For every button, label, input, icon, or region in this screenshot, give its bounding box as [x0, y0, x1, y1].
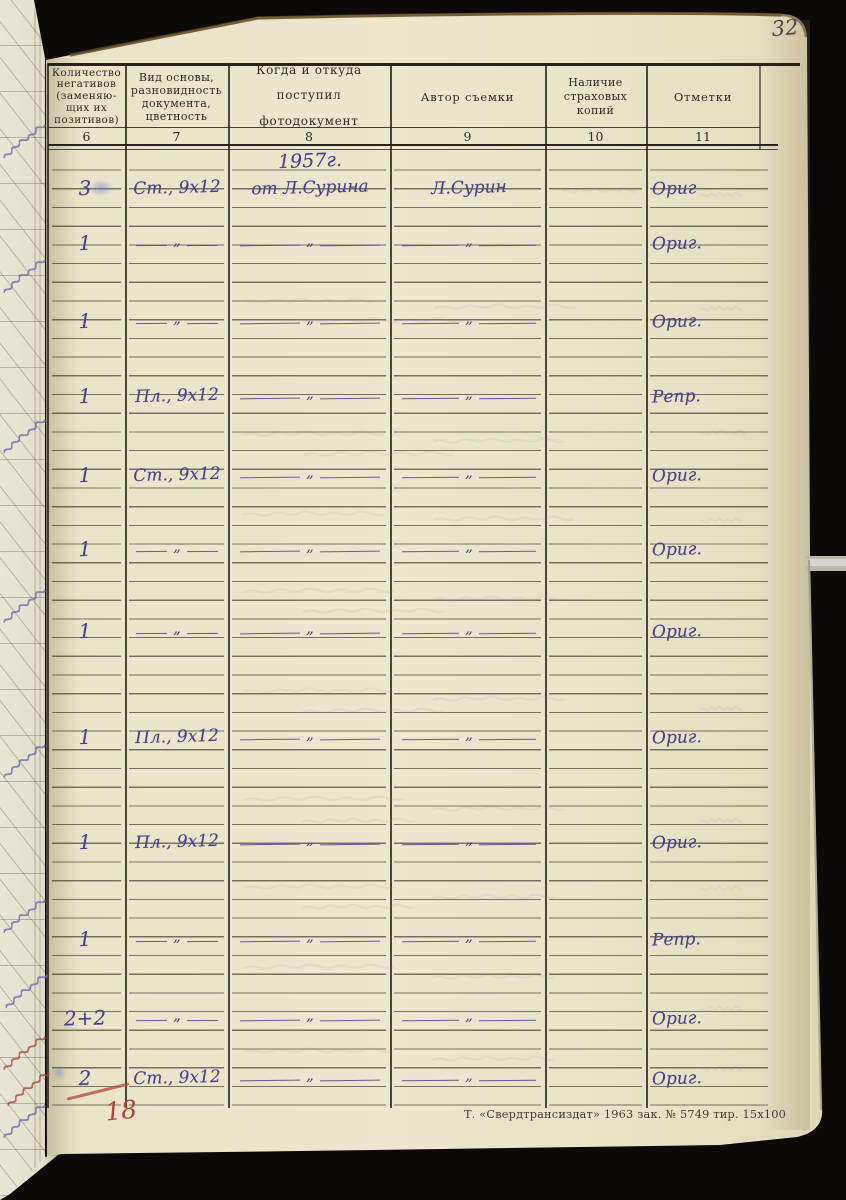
ditto-mark: „ — [234, 468, 386, 486]
bleedthrough-mark — [300, 702, 450, 714]
bleedthrough-mark — [240, 878, 400, 890]
ditto-mark: „ — [234, 835, 386, 853]
bleedthrough-mark — [700, 880, 744, 892]
bleedthrough-mark — [700, 700, 744, 712]
cell-notes: Ориг. — [652, 463, 764, 486]
bleedthrough-mark — [240, 958, 400, 970]
ditto-mark: „ — [396, 932, 542, 950]
column-number-9: 9 — [390, 129, 545, 144]
bleedthrough-mark — [430, 690, 570, 702]
cell-notes: Репр. — [652, 384, 764, 407]
bleedthrough-mark — [430, 590, 570, 602]
bleedthrough-mark — [430, 1050, 560, 1062]
bleedthrough-mark — [700, 812, 744, 824]
ditto-mark: „ — [396, 835, 542, 853]
bleedthrough-mark — [700, 424, 748, 436]
column-number-8: 8 — [228, 129, 390, 144]
ditto-mark: „ — [234, 624, 386, 642]
ditto-mark: „ — [234, 730, 386, 748]
bleedthrough-mark — [240, 425, 390, 437]
ditto-mark: „ — [396, 389, 542, 407]
ditto-mark: „ — [234, 932, 386, 950]
bleedthrough-mark — [430, 800, 570, 812]
cell-author: Л.Сурин — [396, 176, 542, 200]
bleedthrough-mark — [560, 182, 640, 194]
cell-notes: Ориг. — [652, 619, 764, 642]
ditto-mark: „ — [396, 730, 542, 748]
cell-quantity: 1 — [54, 308, 117, 334]
bleedthrough-mark — [240, 1042, 400, 1054]
ditto-mark: „ — [130, 236, 224, 254]
column-header-notes: Отметки — [646, 68, 760, 126]
cell-basis: Ст., 9х12 — [130, 1067, 224, 1089]
bleedthrough-mark — [240, 505, 390, 517]
cell-quantity: 1 — [54, 618, 117, 644]
cell-basis: Пл., 9х12 — [130, 726, 224, 748]
cell-quantity: 1 — [54, 724, 117, 750]
scanned-ledger-page-photo: Количество негативов (заменяю- щих их по… — [0, 0, 846, 1200]
ditto-mark: „ — [234, 542, 386, 560]
cell-quantity: 1 — [54, 462, 117, 488]
bleedthrough-mark — [700, 1060, 744, 1072]
ditto-mark: „ — [234, 389, 386, 407]
red-pencil-count: 18 — [95, 1093, 148, 1127]
bleedthrough-mark — [700, 1000, 744, 1012]
cell-basis: Пл., 9х12 — [130, 385, 224, 407]
ditto-mark: „ — [130, 314, 224, 332]
column-header-insurance: Наличие страховых копий — [545, 68, 646, 126]
bleedthrough-mark — [300, 602, 450, 614]
cell-quantity: 1 — [54, 383, 117, 409]
cell-quantity: 3 — [54, 175, 117, 201]
cell-basis: Ст., 9х12 — [130, 464, 224, 486]
printer-imprint: Т. «Свердтрансиздат» 1963 зак. № 5749 ти… — [440, 1108, 810, 1121]
ditto-mark: „ — [396, 236, 542, 254]
ditto-mark: „ — [234, 236, 386, 254]
cell-notes: Ориг. — [652, 830, 764, 853]
cell-quantity: 1 — [54, 230, 117, 256]
table-top-border — [48, 63, 800, 66]
column-number-10: 10 — [545, 129, 646, 144]
bleedthrough-mark — [430, 432, 570, 444]
cell-received: от Л.Сурина — [234, 176, 386, 200]
column-header-received: Когда и откуда поступил фотодокумент — [228, 66, 390, 126]
bleedthrough-mark — [300, 898, 420, 910]
bleedthrough-mark — [240, 582, 400, 594]
ditto-mark: „ — [130, 624, 224, 642]
cell-notes: Ориг. — [652, 725, 764, 748]
cell-notes: Ориг. — [652, 231, 764, 254]
cell-notes: Репр. — [652, 927, 764, 950]
bleedthrough-mark — [300, 812, 420, 824]
cell-quantity: 1 — [54, 926, 117, 952]
column-header-author: Автор съемки — [390, 68, 545, 126]
ditto-mark: „ — [396, 1011, 542, 1029]
bleedthrough-mark — [700, 300, 744, 312]
page-number: 32 — [761, 14, 809, 42]
column-number-7: 7 — [125, 129, 228, 144]
ditto-mark: „ — [130, 932, 224, 950]
bookmark-stripe — [806, 556, 846, 571]
bleedthrough-mark — [430, 510, 580, 522]
bleedthrough-mark — [240, 682, 400, 694]
bleedthrough-mark — [240, 790, 410, 802]
bleedthrough-mark — [430, 888, 560, 900]
cell-quantity: 1 — [54, 829, 117, 855]
ditto-mark: „ — [396, 624, 542, 642]
cell-quantity: 2+2 — [54, 1005, 117, 1031]
bleedthrough-mark — [700, 186, 744, 198]
cell-notes: Ориг. — [652, 537, 764, 560]
ditto-mark: „ — [130, 1011, 224, 1029]
ditto-mark: „ — [130, 542, 224, 560]
ditto-mark: „ — [234, 1071, 386, 1089]
ditto-mark: „ — [396, 468, 542, 486]
cell-basis: Пл., 9х12 — [130, 831, 224, 853]
year-heading: 1957г. — [250, 148, 371, 174]
cell-basis: Ст., 9х12 — [130, 177, 224, 199]
ditto-mark: „ — [396, 1071, 542, 1089]
ditto-mark: „ — [396, 542, 542, 560]
bleedthrough-mark — [300, 312, 470, 324]
column-header-qty: Количество негативов (заменяю- щих их по… — [48, 68, 125, 126]
bleedthrough-mark — [240, 292, 380, 304]
column-header-basis: Вид основы, разновидность документа, цве… — [125, 68, 228, 126]
cell-quantity: 1 — [54, 536, 117, 562]
bleedthrough-mark — [430, 968, 560, 980]
ditto-mark: „ — [234, 1011, 386, 1029]
column-number-11: 11 — [646, 129, 760, 144]
column-number-6: 6 — [48, 129, 125, 144]
bleedthrough-mark — [432, 298, 582, 310]
bleedthrough-mark — [700, 512, 744, 524]
